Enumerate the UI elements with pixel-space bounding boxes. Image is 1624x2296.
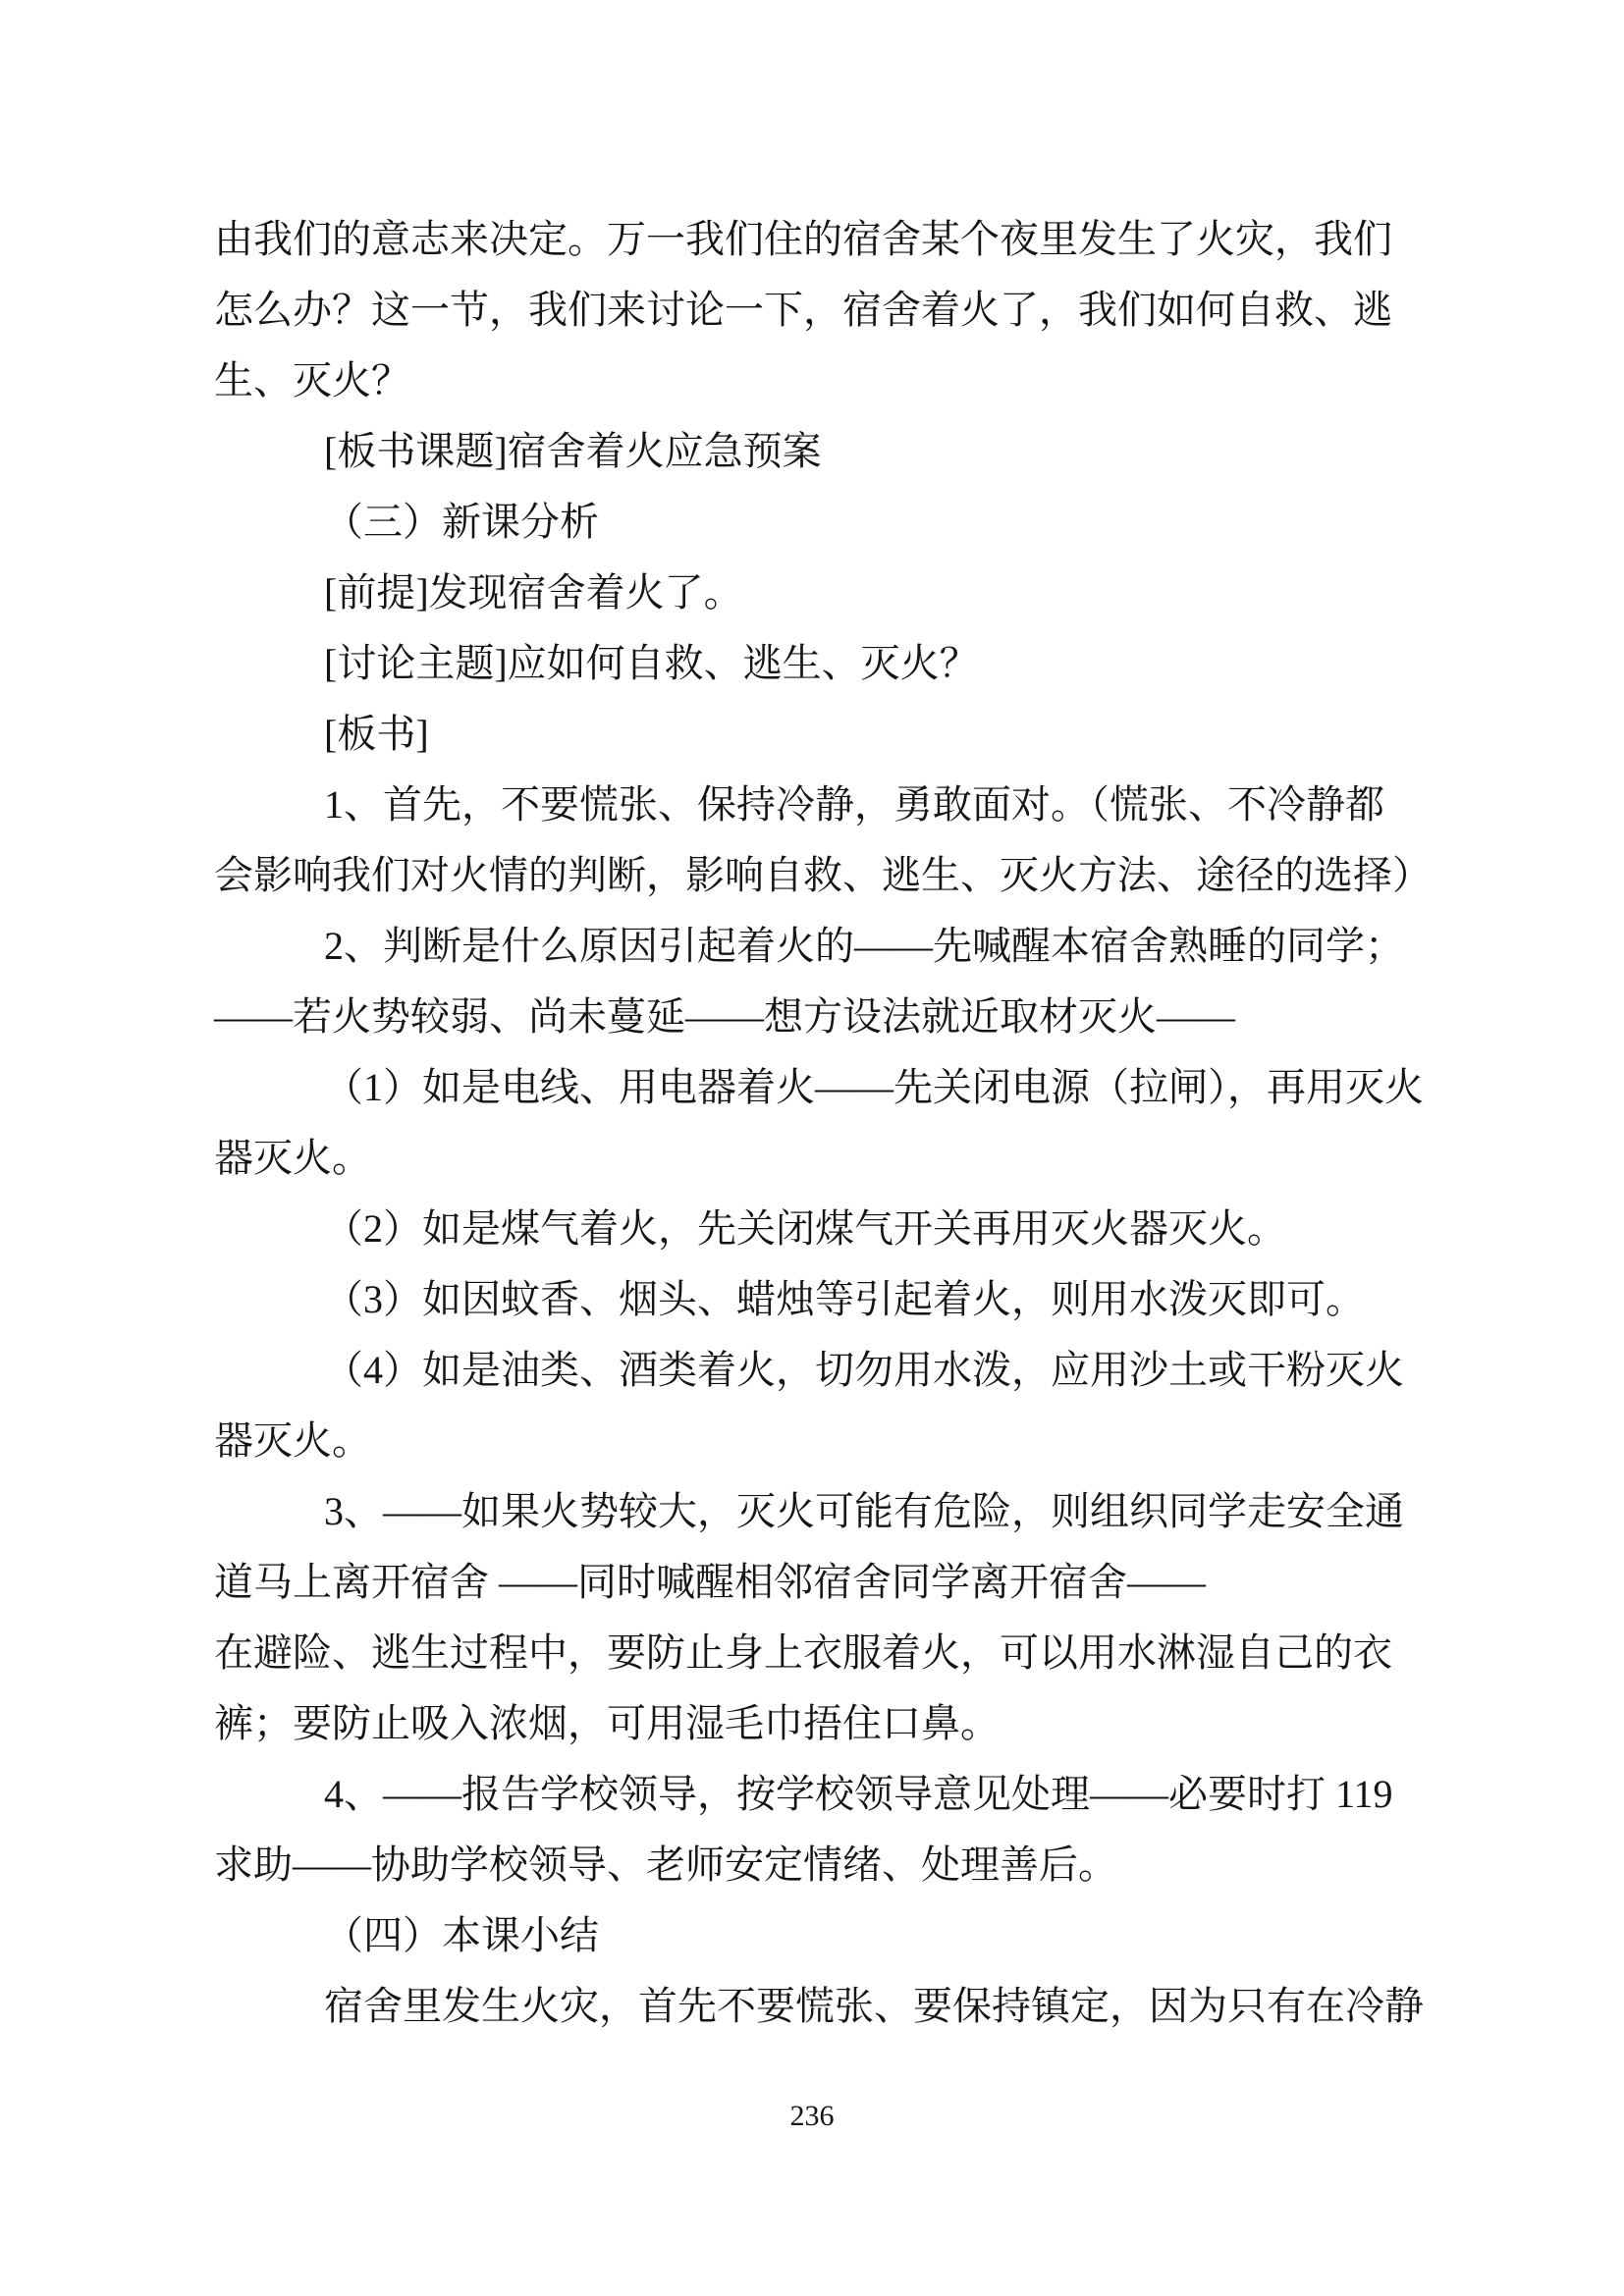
- text-line-25: （四）本课小结: [214, 1900, 1402, 1971]
- text-line-7: [讨论主题]应如何自救、逃生、灭火？: [214, 628, 1402, 699]
- text-line-9: 1、首先，不要慌张、保持冷静，勇敢面对。（慌张、不冷静都: [214, 770, 1402, 840]
- text-line-8: [板书]: [214, 699, 1402, 770]
- document-page: 由我们的意志来决定。万一我们住的宿舍某个夜里发生了火灾，我们怎么办？这一节，我们…: [0, 0, 1624, 2296]
- text-line-20: 道马上离开宿舍 ——同时喊醒相邻宿舍同学离开宿舍——: [214, 1547, 1402, 1618]
- text-line-18: 器灭火。: [214, 1406, 1402, 1476]
- text-line-11: 2、判断是什么原因引起着火的——先喊醒本宿舍熟睡的同学；: [214, 911, 1402, 982]
- text-line-24: 求助——协助学校领导、老师安定情绪、处理善后。: [214, 1830, 1402, 1900]
- text-line-14: 器灭火。: [214, 1123, 1402, 1194]
- text-line-13: （1）如是电线、用电器着火——先关闭电源（拉闸），再用灭火: [214, 1052, 1402, 1123]
- text-line-17: （4）如是油类、酒类着火，切勿用水泼，应用沙土或干粉灭火: [214, 1335, 1402, 1406]
- page-number: 236: [0, 2099, 1624, 2134]
- text-line-2: 怎么办？这一节，我们来讨论一下，宿舍着火了，我们如何自救、逃: [214, 275, 1402, 346]
- text-line-19: 3、——如果火势较大，灭火可能有危险，则组织同学走安全通: [214, 1476, 1402, 1547]
- text-line-21: 在避险、逃生过程中，要防止身上衣服着火，可以用水淋湿自己的衣: [214, 1618, 1402, 1688]
- text-line-23: 4、——报告学校领导，按学校领导意见处理——必要时打 119: [214, 1759, 1402, 1830]
- document-text: 由我们的意志来决定。万一我们住的宿舍某个夜里发生了火灾，我们怎么办？这一节，我们…: [214, 204, 1402, 2042]
- text-line-5: （三）新课分析: [214, 487, 1402, 558]
- text-line-6: [前提]发现宿舍着火了。: [214, 558, 1402, 628]
- text-line-12: ——若火势较弱、尚未蔓延——想方设法就近取材灭火——: [214, 982, 1402, 1052]
- text-line-26: 宿舍里发生火灾，首先不要慌张、要保持镇定，因为只有在冷静: [214, 1971, 1402, 2042]
- text-line-4: [板书课题]宿舍着火应急预案: [214, 416, 1402, 487]
- text-line-10: 会影响我们对火情的判断，影响自救、逃生、灭火方法、途径的选择）: [214, 840, 1402, 911]
- text-line-22: 裤；要防止吸入浓烟，可用湿毛巾捂住口鼻。: [214, 1688, 1402, 1759]
- text-line-16: （3）如因蚊香、烟头、蜡烛等引起着火，则用水泼灭即可。: [214, 1264, 1402, 1335]
- text-line-15: （2）如是煤气着火，先关闭煤气开关再用灭火器灭火。: [214, 1194, 1402, 1264]
- text-line-1: 由我们的意志来决定。万一我们住的宿舍某个夜里发生了火灾，我们: [214, 204, 1402, 275]
- text-line-3: 生、灭火？: [214, 346, 1402, 416]
